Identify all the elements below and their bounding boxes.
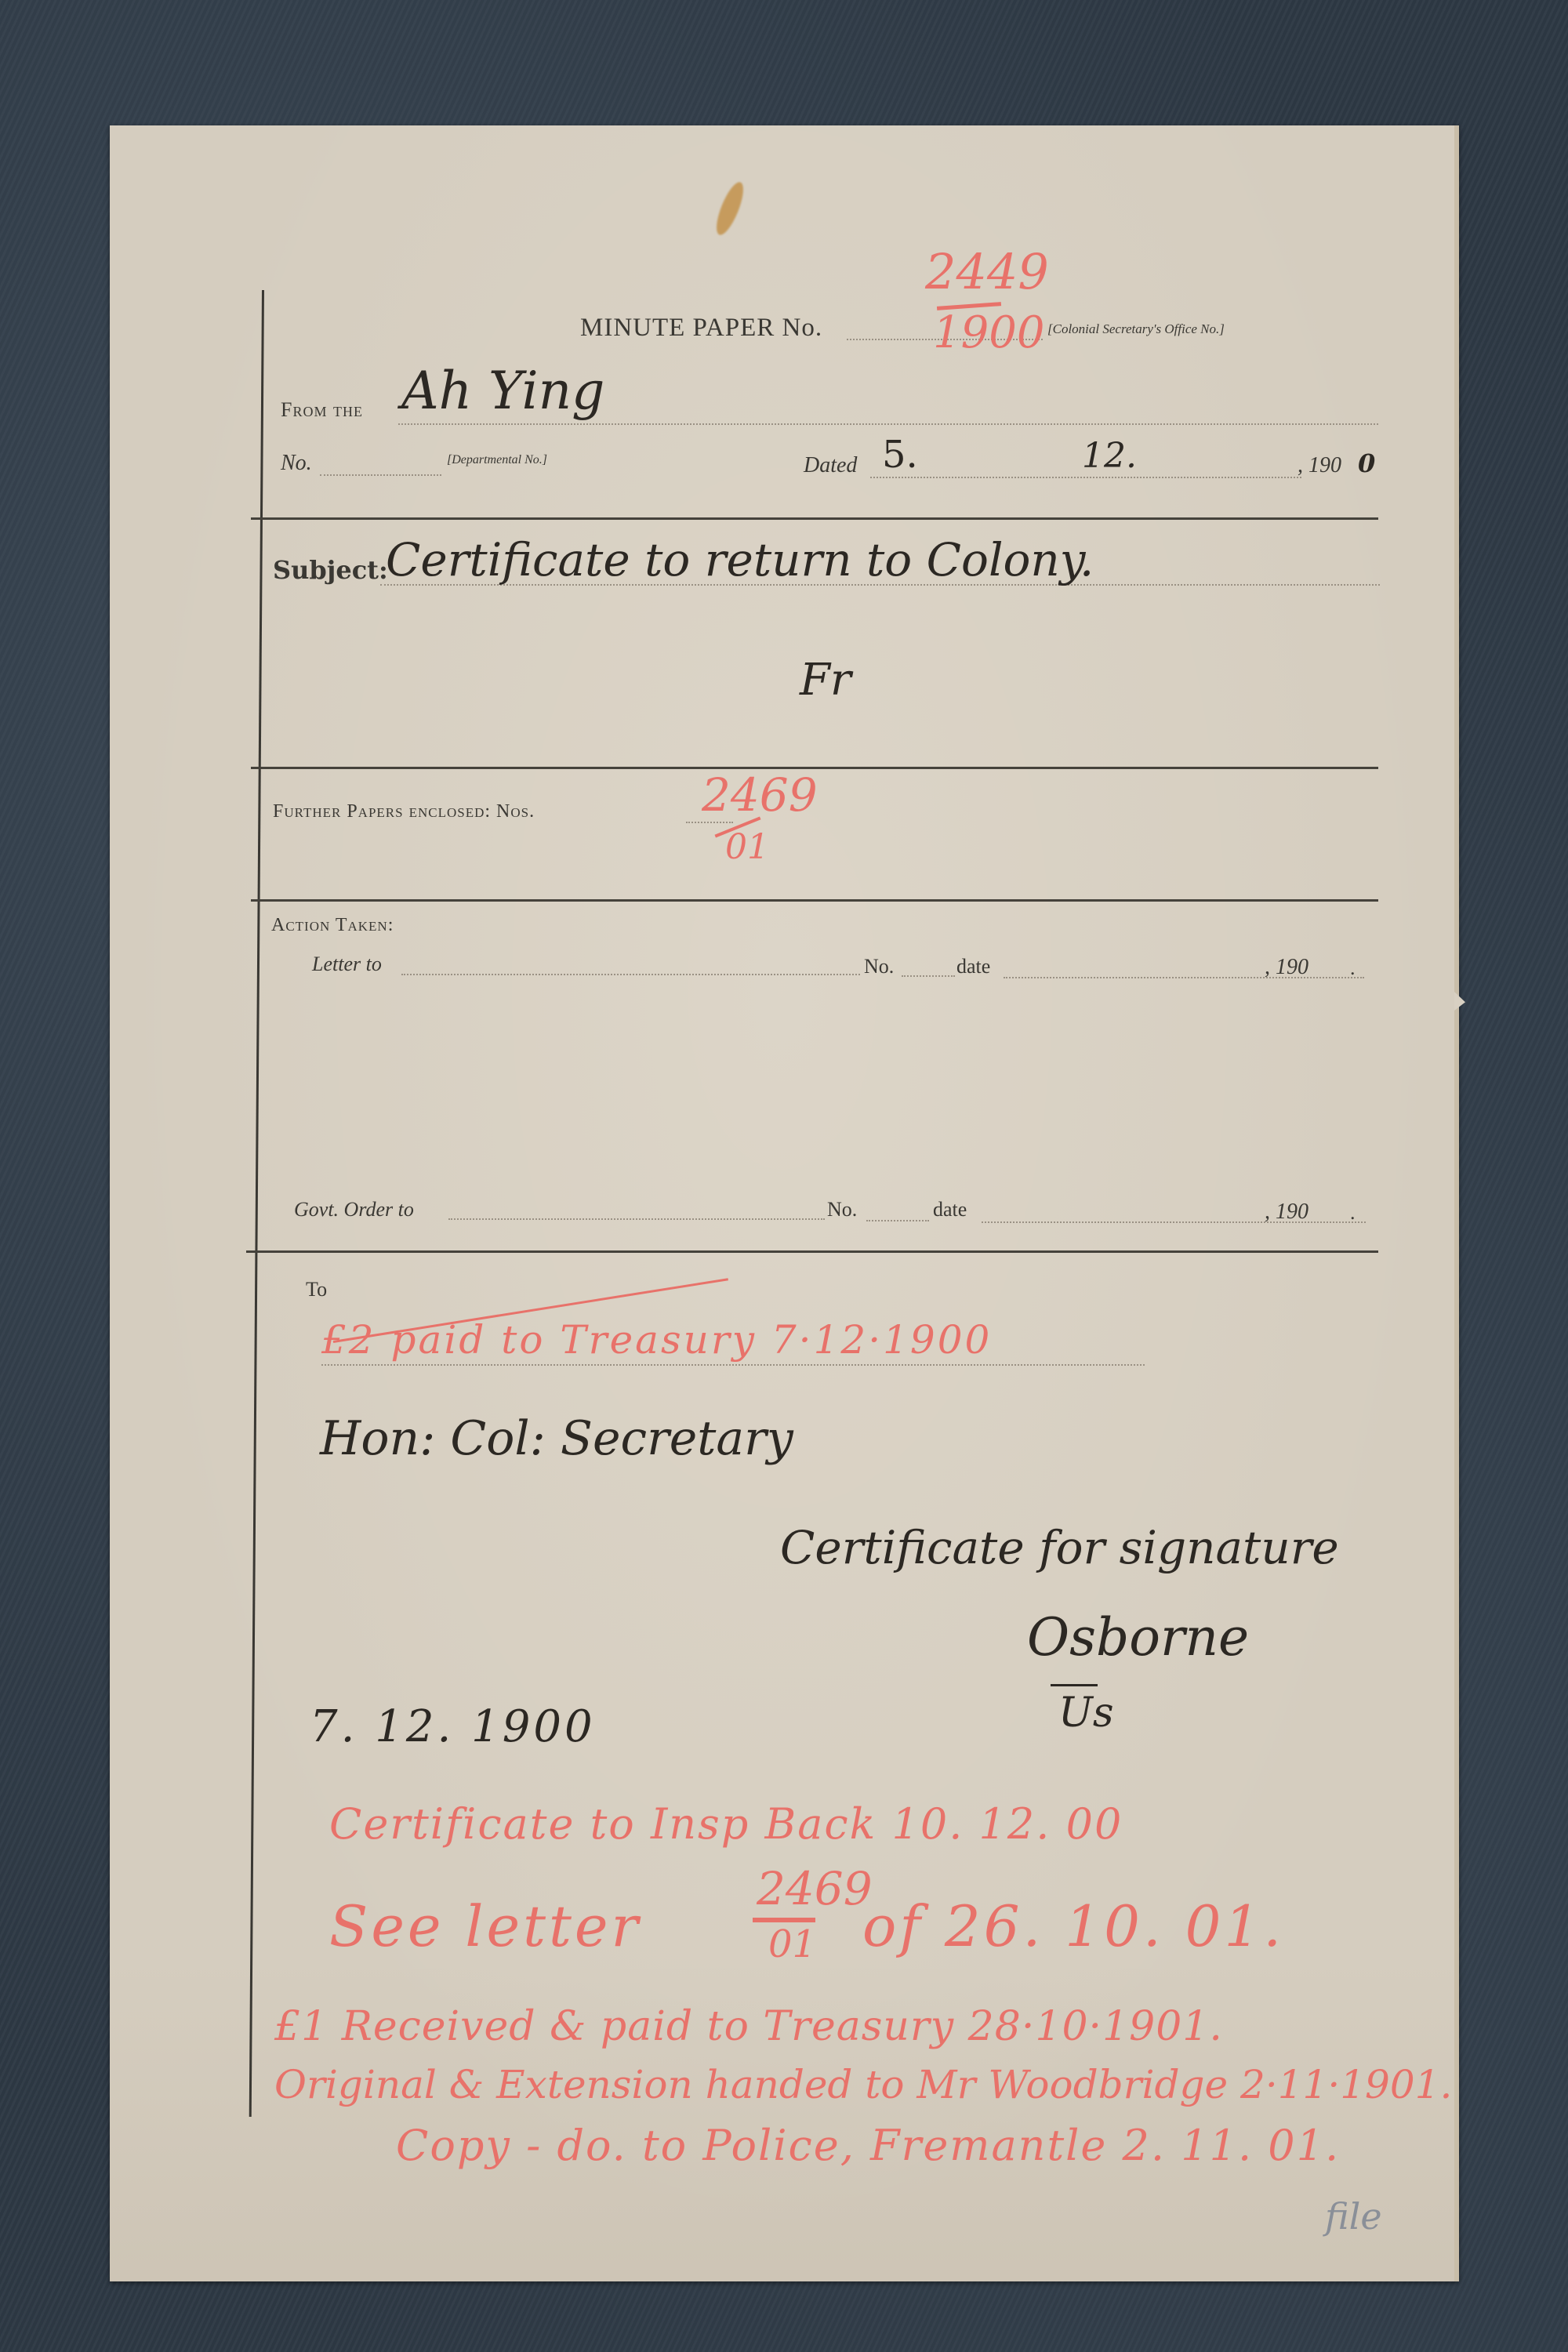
signature-underline (1051, 1684, 1098, 1686)
dated-label: Dated (804, 453, 857, 478)
dated-year-suffix: 0 (1358, 448, 1375, 478)
received-line: £1 Received & paid to Treasury 28·10·190… (274, 2003, 1223, 2050)
signature-initials: Us (1058, 1690, 1114, 1737)
subject-label: Subject: (273, 555, 388, 585)
govt-year: , 190 (1265, 1200, 1308, 1225)
minute-paper-document: MINUTE PAPER No. [Colonial Secretary's O… (110, 125, 1459, 2281)
further-papers-numerator: 2469 (702, 768, 818, 822)
letter-to-dots (401, 974, 860, 975)
govt-order-label: Govt. Order to (294, 1198, 414, 1221)
addressee: Hon: Col: Secretary (320, 1411, 793, 1466)
further-papers-dots (686, 822, 733, 823)
departmental-note: [Departmental No.] (447, 453, 547, 467)
certificate-back-note: Certificate to Insp Back 10. 12. 00 (329, 1799, 1123, 1849)
further-papers-denominator: 01 (725, 827, 769, 867)
dated-day: 5. (882, 433, 918, 477)
file-note: file (1325, 2195, 1382, 2238)
dated-year-prefix: , 190 (1298, 453, 1341, 478)
paper-tear (1454, 992, 1465, 1011)
to-label: To (306, 1278, 327, 1301)
subject-initials: Fr (800, 655, 851, 706)
subject-value: Certificate to return to Colony. (386, 533, 1094, 586)
letter-year-end: . (1350, 956, 1356, 980)
letter-year: , 190 (1265, 955, 1308, 980)
letter-no-dots (902, 975, 955, 977)
govt-date-label: date (933, 1198, 967, 1221)
no-label: No. (281, 451, 312, 476)
letter-date-label: date (956, 955, 990, 978)
paid-treasury-note: £2 paid to Treasury 7·12·1900 (321, 1317, 992, 1363)
form-title: MINUTE PAPER No. (580, 314, 822, 343)
see-letter-prefix: See letter (329, 1893, 641, 1959)
certificate-note: Certificate for signature (780, 1521, 1339, 1574)
paper-stain (711, 180, 748, 238)
minute-no-denominator: 1900 (933, 307, 1045, 358)
letter-no-label: No. (864, 955, 894, 978)
see-letter-denominator: 01 (768, 1922, 816, 1966)
to-dots (321, 1364, 1145, 1366)
from-value: Ah Ying (401, 361, 604, 421)
from-dots (398, 423, 1378, 425)
letter-date-dots (1004, 977, 1364, 978)
original-line: Original & Extension handed to Mr Woodbr… (274, 2062, 1452, 2107)
further-papers-label: Further Papers enclosed: Nos. (273, 801, 535, 822)
copy-line: Copy - do. to Police, Fremantle 2. 11. 0… (396, 2121, 1340, 2170)
see-letter-numerator: 2469 (757, 1862, 873, 1915)
govt-order-dots (448, 1218, 825, 1220)
govt-year-end: . (1350, 1201, 1356, 1225)
govt-no-dots (866, 1220, 929, 1221)
left-margin-rule (249, 290, 264, 2117)
rule-after-action (246, 1250, 1378, 1253)
no-dots (320, 474, 441, 476)
minute-no-numerator: 2449 (925, 243, 1049, 300)
dated-month: 12. (1082, 436, 1137, 476)
govt-no-label: No. (827, 1198, 857, 1221)
rule-after-header (251, 517, 1378, 520)
see-letter-suffix: of 26. 10. 01. (862, 1893, 1284, 1959)
action-taken-label: Action Taken: (271, 915, 394, 936)
from-label: From the (281, 398, 363, 422)
date-note: 7. 12. 1900 (310, 1701, 596, 1752)
signature: Osborne (1027, 1607, 1249, 1668)
rule-after-further-papers (251, 899, 1378, 902)
letter-to-label: Letter to (312, 953, 382, 976)
form-title-note: [Colonial Secretary's Office No.] (1047, 321, 1225, 337)
dated-dots (870, 477, 1301, 478)
